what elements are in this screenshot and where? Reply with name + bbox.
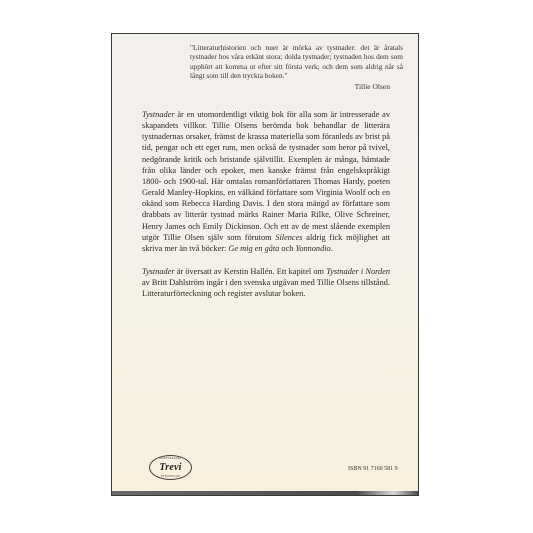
work-title-silences: Silences [275,233,302,242]
blurb-paragraph-2: Tystnader är översatt av Kerstin Hallén.… [142,266,390,299]
chapter-title: Tystnader i Norden [326,267,390,276]
epigraph-quote: "Litteraturhistorien och nuet är mörka a… [190,43,403,80]
quote-author: Tillie Olsen [355,82,390,91]
blurb-paragraph-1: Tystnader är en utomordentligt viktig bo… [142,109,390,254]
publisher-logo-top-text: BOKFÖRLAGET [150,457,191,460]
publisher-logo: BOKFÖRLAGET Trevi STOCKHOLM [149,455,192,480]
publisher-logo-bottom-text: STOCKHOLM [150,475,191,478]
book-title: Tystnader [142,267,175,276]
book-back-cover: "Litteraturhistorien och nuet är mörka a… [111,33,419,496]
work-title-yonnondio: Yonnondio [295,244,330,253]
work-title-ge-mig-en-gata: Ge mig en gåta [228,244,279,253]
blurb: Tystnader är en utomordentligt viktig bo… [142,109,390,312]
publisher-name: Trevi [159,462,181,473]
isbn: ISBN 91 7160 581 9 [348,466,398,472]
book-title: Tystnader [142,110,175,119]
